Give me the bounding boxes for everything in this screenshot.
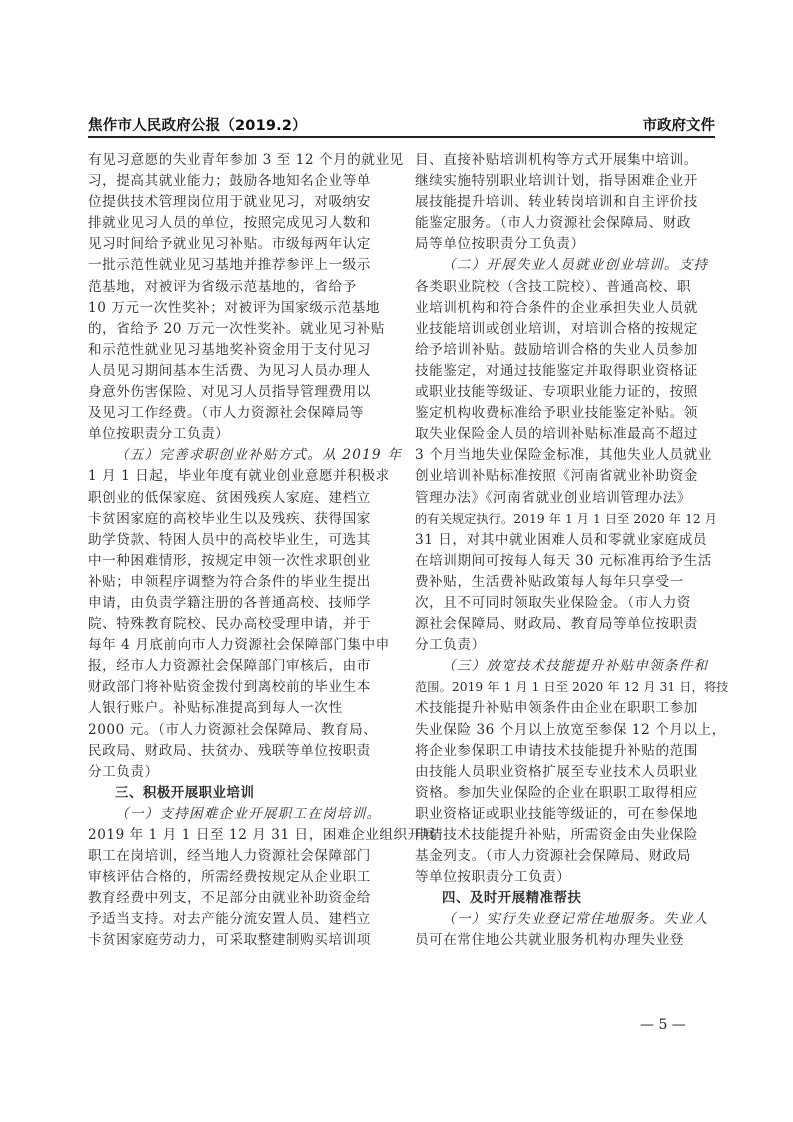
text-line: 予适当支持。对去产能分流安置人员、建档立 (88, 909, 388, 930)
text-line: 技能鉴定，对通过技能鉴定并取得职业资格证 (415, 361, 715, 382)
text-line: 职创业的低保家庭、贫困残疾人家庭、建档立 (88, 488, 388, 509)
text-line: 取失业保险金人员的培训补贴标准最高不超过 (415, 424, 715, 445)
text-line: 单位按职责分工负责） (88, 424, 388, 445)
text-line: 报，经市人力资源社会保障部门审核后，由市 (88, 656, 388, 677)
text-line: 业技能培训或创业培训，对培训合格的按规定 (415, 319, 715, 340)
text-line: 资格。参加失业保险的企业在职职工取得相应 (415, 783, 715, 804)
text-line: 及见习工作经费。（市人力资源社会保障局等 (88, 403, 388, 424)
section-label: 市政府文件 (643, 114, 716, 135)
text-line: 鉴定机构收费标准给予职业技能鉴定补贴。领 (415, 403, 715, 424)
text-line: 3 个月当地失业保险金标准，其他失业人员就业 (415, 445, 715, 466)
text-line: 分工负责） (415, 635, 715, 656)
text-line: 人银行账户。补贴标准提高到每人一次性 (88, 698, 388, 719)
text-line: 管理办法》《河南省就业创业培训管理办法》 (415, 488, 715, 509)
text-line: 申请技术技能提升补贴，所需资金由失业保险 (415, 825, 715, 846)
text-line: 申请，由负责学籍注册的各普通高校、技师学 (88, 593, 388, 614)
right-column: 目、直接补贴培训机构等方式开展集中培训。继续实施特别职业培训计划，指导困难企业开… (415, 150, 715, 952)
text-line: 习，提高其就业能力；鼓励各地知名企业等单 (88, 171, 388, 192)
text-line: 2019 年 1 月 1 日至 12 月 31 日，困难企业组织开展 (88, 825, 388, 846)
text-line: 的，省给予 20 万元一次性奖补。就业见习补贴 (88, 319, 388, 340)
text-line: 财政部门将补贴资金拨付到离校前的毕业生本 (88, 677, 388, 698)
text-line: 由技能人员职业资格扩展至专业技术人员职业 (415, 762, 715, 783)
text-line: 见习时间给予就业见习补贴。市级每两年认定 (88, 234, 388, 255)
text-line: 1 月 1 日起，毕业年度有就业创业意愿并积极求 (88, 466, 388, 487)
text-line: 业培训机构和符合条件的企业承担失业人员就 (415, 298, 715, 319)
page-number: — 5 — (640, 1017, 686, 1033)
subsection-heading: （二）开展失业人员就业创业培训。支持 (415, 255, 715, 276)
text-line: 位提供技术管理岗位用于就业见习，对吸纳安 (88, 192, 388, 213)
text-line: 职业资格证或职业技能等级证的，可在参保地 (415, 804, 715, 825)
text-line: 中一种困难情形，按规定申领一次性求职创业 (88, 551, 388, 572)
text-line: 31 日，对其中就业困难人员和零就业家庭成员 (415, 530, 715, 551)
text-line: 补贴；申领程序调整为符合条件的毕业生提出 (88, 572, 388, 593)
subsection-heading: （五）完善求职创业补贴方式。从 2019 年 (88, 445, 388, 466)
text-line: 和示范性就业见习基地奖补资金用于支付见习 (88, 340, 388, 361)
text-line: 人员见习期间基本生活费、为见习人员办理人 (88, 361, 388, 382)
section-heading: 三、积极开展职业培训 (88, 783, 388, 804)
text-line: 院、特殊教育院校、民办高校受理申请，并于 (88, 614, 388, 635)
text-line: 各类职业院校（含技工院校）、普通高校、职 (415, 277, 715, 298)
text-line: 卡贫困家庭劳动力，可采取整建制购买培训项 (88, 930, 388, 951)
text-line: 范围。2019 年 1 月 1 日至 2020 年 12 月 31 日，将技 (415, 677, 715, 698)
text-line: 一批示范性就业见习基地并推荐参评上一级示 (88, 255, 388, 276)
text-line: 将企业参保职工申请技术技能提升补贴的范围 (415, 741, 715, 762)
text-line: 审核评估合格的，所需经费按规定从企业职工 (88, 867, 388, 888)
text-line: 教育经费中列支，不足部分由就业补助资金给 (88, 888, 388, 909)
text-line: 助学贷款、特困人员中的高校毕业生，可选其 (88, 530, 388, 551)
text-line: 10 万元一次性奖补；对被评为国家级示范基地 (88, 298, 388, 319)
text-line: 民政局、财政局、扶贫办、残联等单位按职责 (88, 741, 388, 762)
text-line: 继续实施特别职业培训计划，指导困难企业开 (415, 171, 715, 192)
subsection-heading: （一）实行失业登记常住地服务。失业人 (415, 909, 715, 930)
text-line: 排就业见习人员的单位，按照完成见习人数和 (88, 213, 388, 234)
text-line: 基金列支。（市人力资源社会保障局、财政局 (415, 846, 715, 867)
text-line: 失业保险 36 个月以上放宽至参保 12 个月以上， (415, 720, 715, 741)
text-line: 2000 元。（市人力资源社会保障局、教育局、 (88, 720, 388, 741)
left-column: 有见习意愿的失业青年参加 3 至 12 个月的就业见习，提高其就业能力；鼓励各地… (88, 150, 388, 952)
text-line: 展技能提升培训、转业转岗培训和自主评价技 (415, 192, 715, 213)
text-line: 每年 4 月底前向市人力资源社会保障部门集中申 (88, 635, 388, 656)
text-line: 等单位按职责分工负责） (415, 867, 715, 888)
text-line: 员可在常住地公共就业服务机构办理失业登 (415, 930, 715, 951)
text-line: 卡贫困家庭的高校毕业生以及残疾、获得国家 (88, 509, 388, 530)
text-line: 给予培训补贴。鼓励培训合格的失业人员参加 (415, 340, 715, 361)
text-line: 次，且不可同时领取失业保险金。（市人力资 (415, 593, 715, 614)
text-line: 在培训期间可按每人每天 30 元标准再给予生活 (415, 551, 715, 572)
section-heading: 四、及时开展精准帮扶 (415, 888, 715, 909)
text-line: 或职业技能等级证、专项职业能力证的，按照 (415, 382, 715, 403)
text-line: 费补贴，生活费补贴政策每人每年只享受一 (415, 572, 715, 593)
text-line: 分工负责） (88, 762, 388, 783)
text-line: 的有关规定执行。2019 年 1 月 1 日至 2020 年 12 月 (415, 509, 715, 530)
text-line: 有见习意愿的失业青年参加 3 至 12 个月的就业见 (88, 150, 388, 171)
publication-title: 焦作市人民政府公报（2019.2） (88, 114, 307, 135)
text-line: 职工在岗培训，经当地人力资源社会保障部门 (88, 846, 388, 867)
text-line: 术技能提升补贴申领条件由企业在职职工参加 (415, 698, 715, 719)
text-line: 目、直接补贴培训机构等方式开展集中培训。 (415, 150, 715, 171)
subsection-heading: （三）放宽技术技能提升补贴申领条件和 (415, 656, 715, 677)
text-line: 能鉴定服务。（市人力资源社会保障局、财政 (415, 213, 715, 234)
text-line: 创业培训补贴标准按照《河南省就业补助资金 (415, 466, 715, 487)
subsection-heading: （一）支持困难企业开展职工在岗培训。 (88, 804, 388, 825)
text-line: 身意外伤害保险、对见习人员指导管理费用以 (88, 382, 388, 403)
text-line: 范基地，对被评为省级示范基地的，省给予 (88, 277, 388, 298)
text-line: 局等单位按职责分工负责） (415, 234, 715, 255)
text-line: 源社会保障局、财政局、教育局等单位按职责 (415, 614, 715, 635)
page-header: 焦作市人民政府公报（2019.2） 市政府文件 (88, 114, 715, 138)
